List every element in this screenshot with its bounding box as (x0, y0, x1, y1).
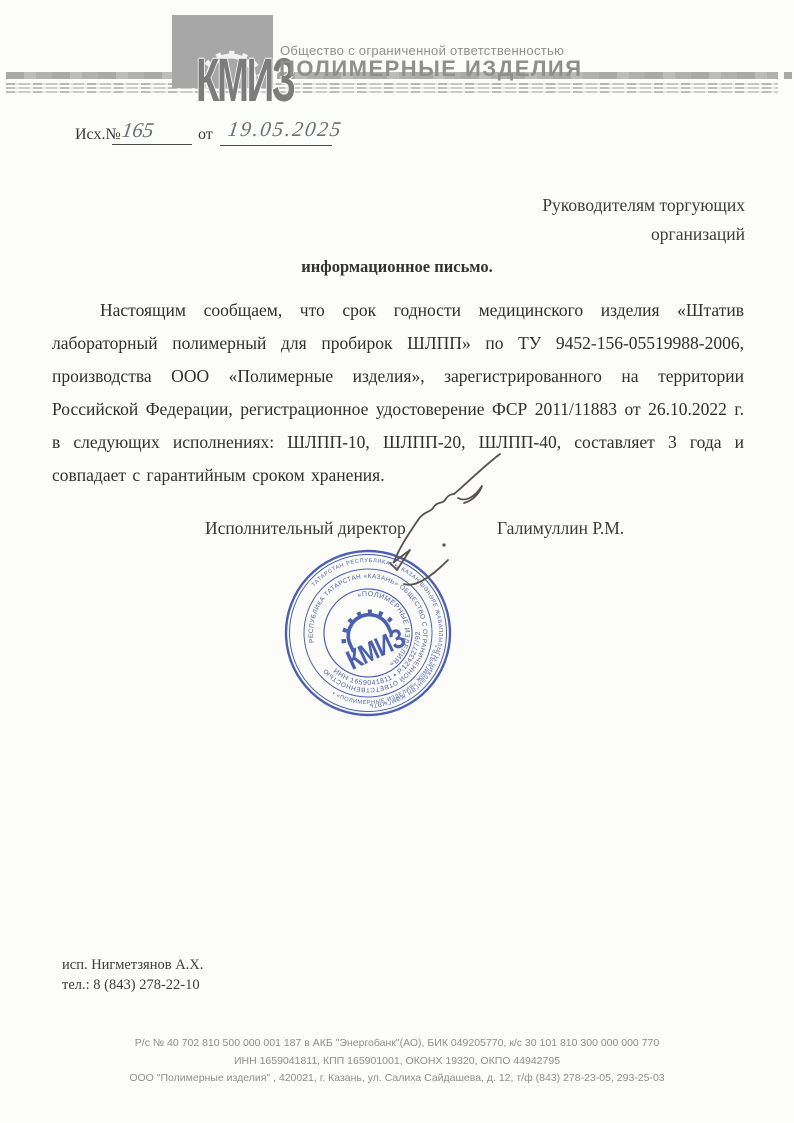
ref-date-underline (220, 144, 332, 146)
letterhead-bar (6, 72, 172, 79)
ref-date-handwritten: 19.05.2025 (226, 117, 344, 142)
footer-inn-line: ИНН 1659041811, КПП 165901001, ОКОНХ 193… (0, 1053, 794, 1071)
executor-phone: тел.: 8 (843) 278-22-10 (62, 975, 203, 995)
recipient-line: организаций (542, 220, 745, 249)
subject-heading: информационное письмо. (0, 257, 794, 277)
org-name-line: ПОЛИМЕРНЫЕ ИЗДЕЛИЯ (279, 56, 583, 82)
letter-page: КМИЗ Общество с ограниченной ответственн… (0, 0, 794, 1123)
ref-ot-label: от (198, 126, 213, 144)
letterhead-stripe (6, 87, 778, 89)
recipient-line: Руководителям торгующих (542, 191, 745, 220)
footer-address-line: ООО "Полимерные изделия" , 420021, г. Ка… (0, 1070, 794, 1088)
letterhead-bar (784, 72, 792, 79)
ref-number-handwritten: 165 (120, 118, 155, 143)
recipient-block: Руководителям торгующих организаций (542, 191, 745, 249)
footer-bank-line: Р/с № 40 702 810 500 000 001 187 в АКБ "… (0, 1035, 794, 1053)
ref-label: Исх.№ (75, 126, 121, 144)
executor-name: исп. Нигметзянов А.Х. (62, 955, 203, 975)
letterhead-stripe (6, 91, 778, 93)
executor-block: исп. Нигметзянов А.Х. тел.: 8 (843) 278-… (62, 955, 203, 995)
ref-number-underline (112, 143, 192, 145)
signature-scribble (388, 450, 538, 592)
footer-requisites: Р/с № 40 702 810 500 000 001 187 в АКБ "… (0, 1035, 794, 1088)
letterhead-stripe (6, 83, 778, 85)
